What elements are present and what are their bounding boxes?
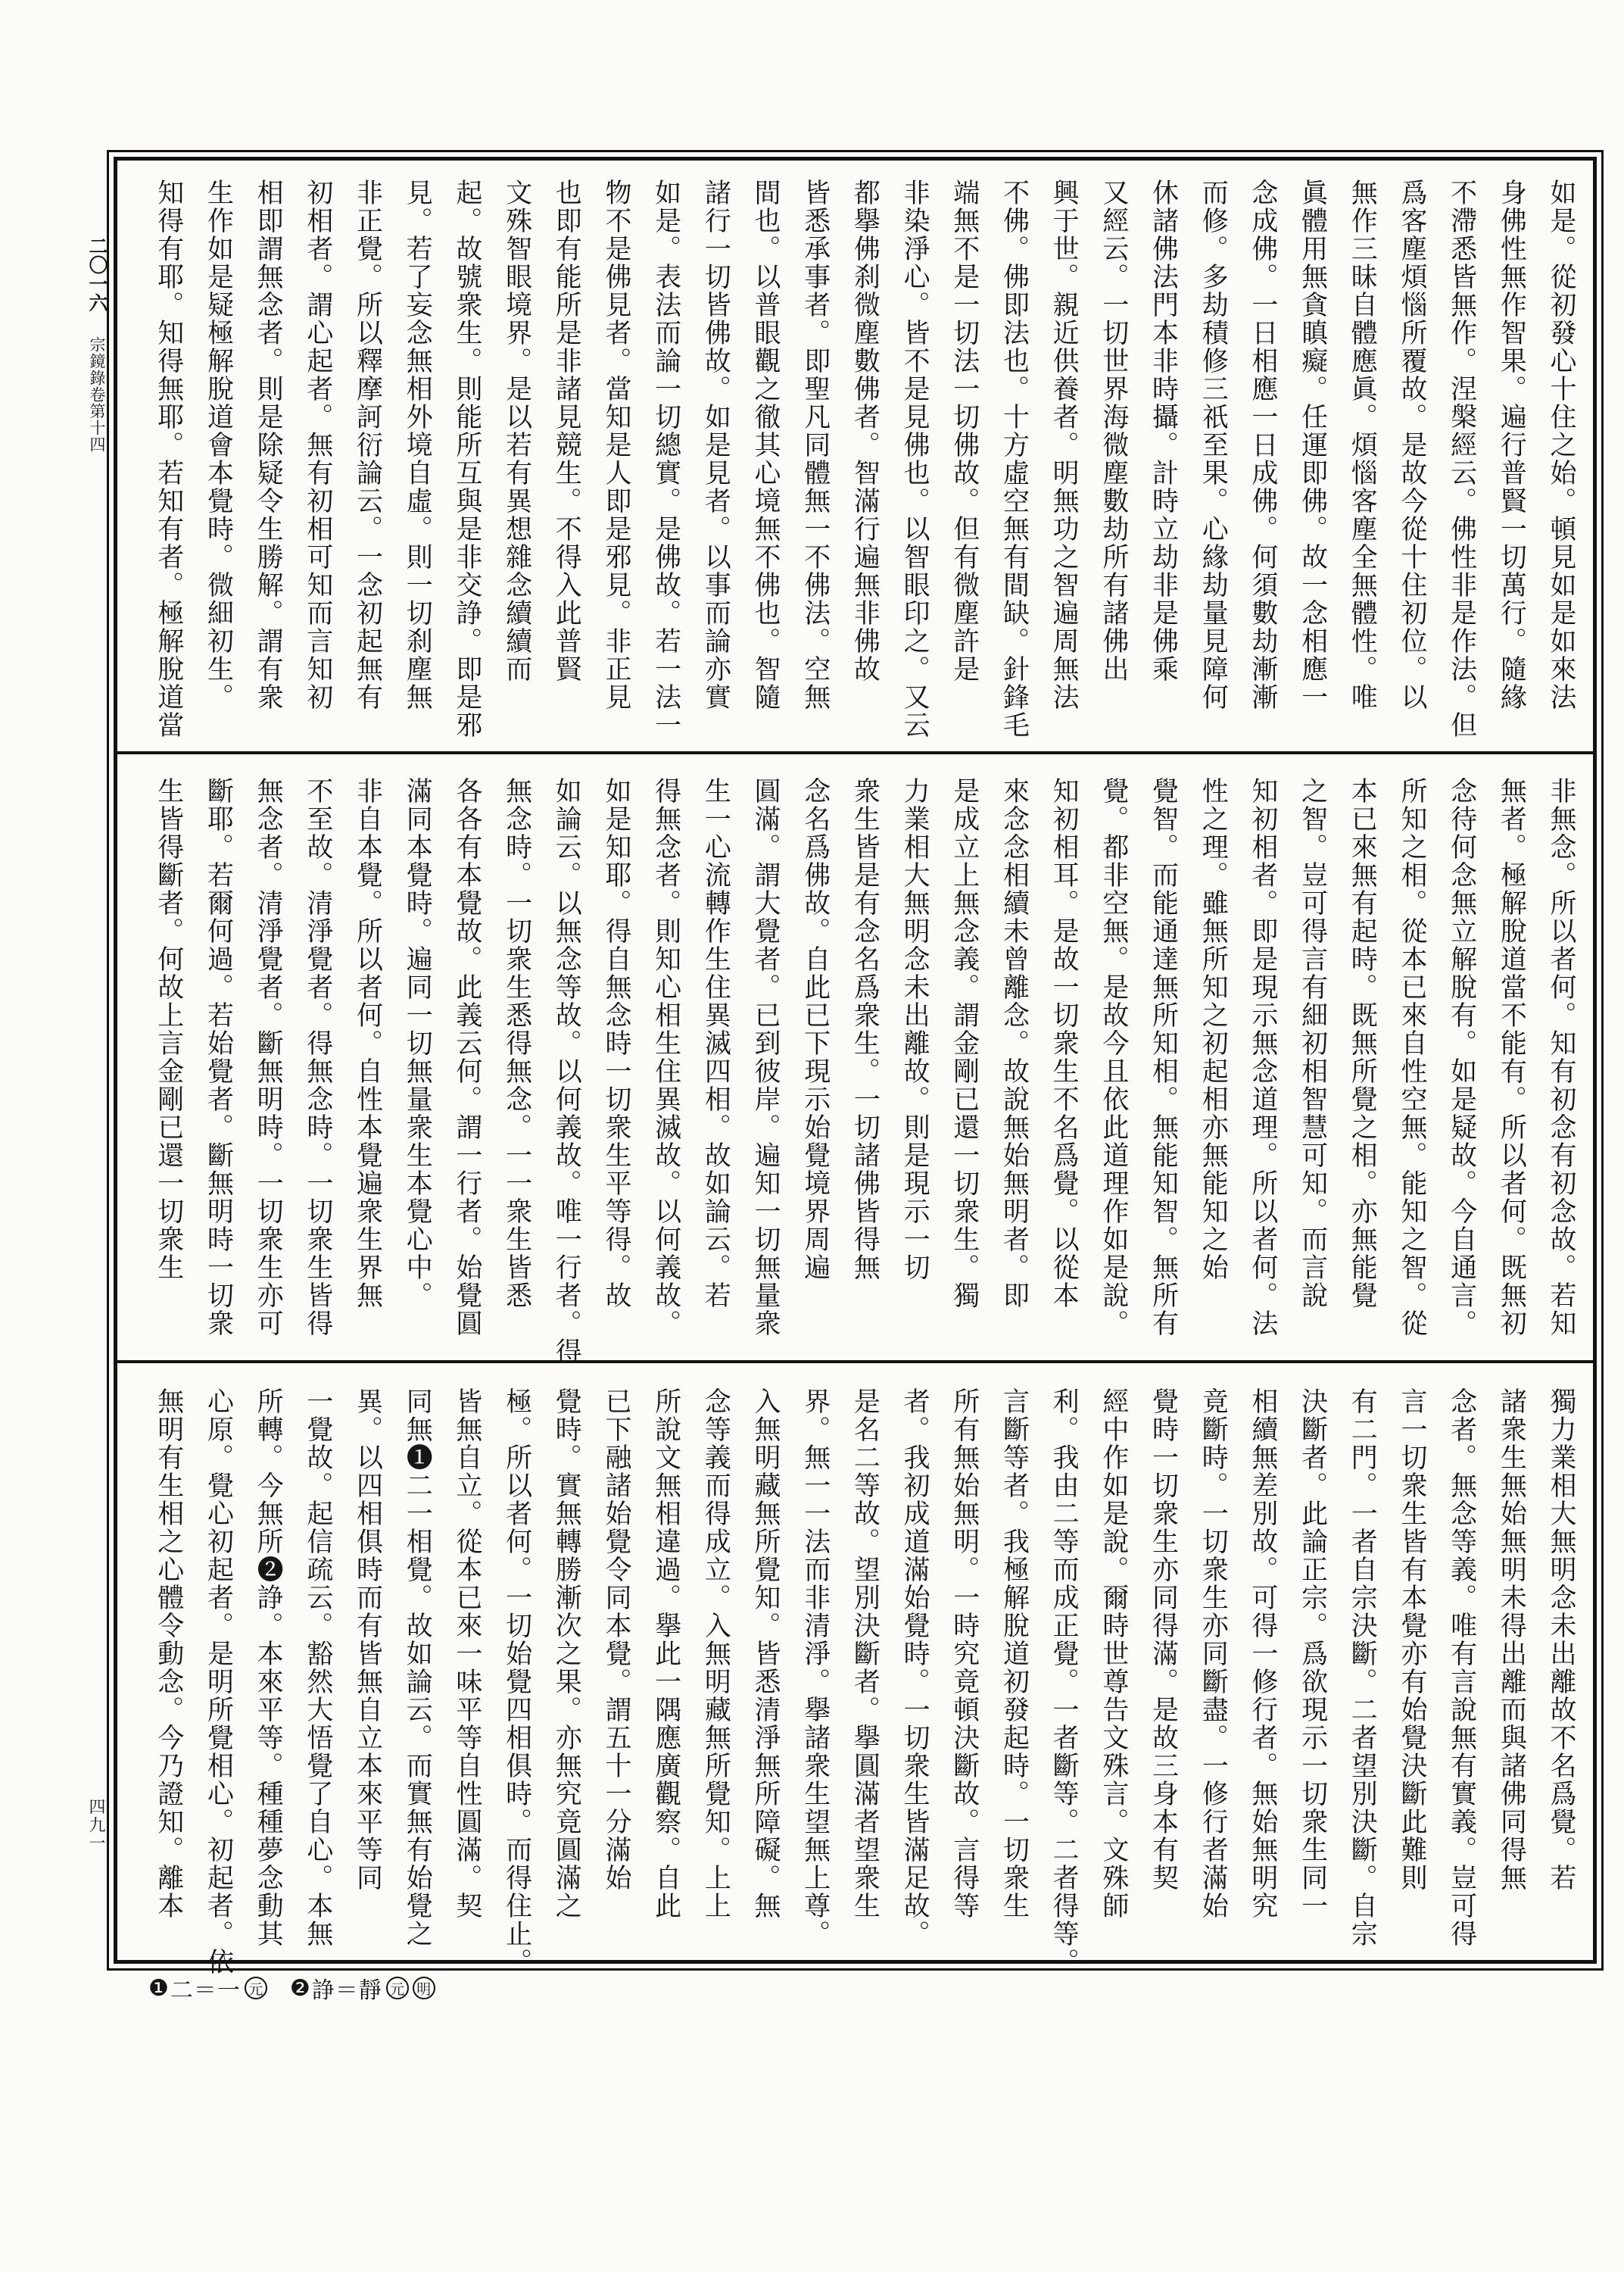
text-column: 都擧佛刹微塵數佛者。智滿行遍無非佛故 [840,179,890,742]
text-column: 非正覺。所以釋摩訶衍論云。一念初起無有 [343,179,393,742]
text-column: 諸衆生無始無明未得出離而與諸佛同得無 [1487,1387,1537,1937]
text-column: 念者。無念等義。唯有言說無有實義。豈可得 [1437,1387,1487,1937]
text-column: 界。無一一法而非清淨。擧諸衆生望無上尊。 [790,1387,840,1937]
text-column: 同無❶二一相覺。故如論云。而實無有始覺之 [393,1387,443,1937]
text-column: 入無明藏無所覺知。皆悉清淨無所障礙。無 [740,1387,790,1937]
register-divider-line [117,1360,1593,1363]
text-column: 非染淨心。皆不是見佛也。以智眼印之。又云 [890,179,940,742]
text-column: 諸行一切皆佛故。如是見者。以事而論亦實 [691,179,741,742]
text-column: 不佛。佛即法也。十方虛空無有間缺。針鋒毛 [990,179,1040,742]
text-column: 見。若了妄念無相外境自虛。則一切刹塵無 [393,179,443,742]
text-column: 獨力業相大無明念未出離故不名爲覺。若 [1536,1387,1586,1937]
text-column: 無作三昧自體應眞。煩惱客塵全無體性。唯 [1338,179,1388,742]
text-column: 不至故。清淨覺者。得無念時。一切衆生皆得 [293,777,343,1344]
text-column: 如是。從初發心十住之始。頓見如是如來法 [1536,179,1586,742]
text-column: 性之理。雖無所知之初起相亦無能知之始 [1189,777,1239,1344]
text-column: 圓滿。謂大覺者。已到彼岸。遍知一切無量衆 [740,777,790,1344]
text-column: 念成佛。一日相應一日成佛。何須數劫漸漸 [1238,179,1288,742]
text-column: 如是。表法而論一切總實。是佛故。若一法一 [641,179,691,742]
text-column: 所轉。今無所❷諍。本來平等。種種夢念動其 [243,1387,293,1937]
text-column: 利。我由二等而成正覺。一者斷等。二者得等。 [1039,1387,1089,1937]
text-column: 覺時。實無轉勝漸次之果。亦無究竟圓滿之 [542,1387,592,1937]
scanned-sutra-page: 二〇一六 宗鏡錄卷第十四 四九一 如是。從初發心十住之始。頓見如是如來法身佛性無… [0,0,1624,2272]
edition-badge: 元 [386,1977,409,1999]
text-column: 又經云。一切世界海微塵數劫所有諸佛出 [1089,179,1139,742]
text-column: 已下融諸始覺令同本覺。謂五十一分滿始 [591,1387,641,1937]
text-column: 覺。都非空無。是故今且依此道理作如是說。 [1089,777,1139,1344]
text-column: 滿同本覺時。遍同一切無量衆生本覺心中。 [393,777,443,1344]
text-column: 無念時。一切衆生悉得無念。一一衆生皆悉 [492,777,542,1344]
text-column: 無明有生相之心體令動念。今乃證知。離本 [144,1387,194,1937]
text-column: 無者。極解脫道當不能有。所以者何。既無初 [1487,777,1537,1344]
text-column: 斷耶。若爾何過。若始覺者。斷無明時一切衆 [194,777,244,1344]
text-column: 非無念。所以者何。知有初念有初念故。若知 [1536,777,1586,1344]
text-column: 知初相者。即是現示無念道理。所以者何。法 [1238,777,1288,1344]
text-column: 有二門。一者自宗決斷。二者望別決斷。自宗 [1338,1387,1388,1937]
text-column: 眞體用無貪瞋癡。任運即佛。故一念相應一 [1288,179,1338,742]
text-column: 言斷等者。我極解脫道初發起時。一切衆生 [990,1387,1040,1937]
text-column: 生作如是疑極解脫道會本覺時。微細初生。 [194,179,244,742]
text-column: 文殊智眼境界。是以若有異想雜念續續而 [492,179,542,742]
text-column: 是成立上無念義。謂金剛已還一切衆生。獨 [940,777,990,1344]
text-column: 之智。豈可得言有細初相智慧可知。而言說 [1288,777,1338,1344]
register-divider-line [117,751,1593,754]
text-column: 所有無始無明。一時究竟頓決斷故。言得等 [940,1387,990,1937]
text-column: 皆無自立。從本已來一味平等自性圓滿。契 [442,1387,492,1937]
edition-badge: 明 [413,1977,435,1999]
edition-variant-footnotes: ❶二＝一元❷諍＝靜元明 [148,1972,435,2004]
footnote-item: ❶二＝一元 [148,1971,267,2005]
text-column: 相即謂無念者。則是除疑令生勝解。謂有衆 [243,179,293,742]
text-register-middle: 非無念。所以者何。知有初念有初念故。若知無者。極解脫道當不能有。所以者何。既無初… [143,777,1586,1344]
text-column: 生皆得斷者。何故上言金剛已還一切衆生 [144,777,194,1344]
text-column: 所說文無相違過。擧此一隅應廣觀察。自此 [641,1387,691,1937]
text-register-bottom: 獨力業相大無明念未出離故不名爲覺。若諸衆生無始無明未得出離而與諸佛同得無念者。無… [143,1387,1586,1937]
text-column: 覺智。而能通達無所知相。無能知智。無所有 [1139,777,1189,1344]
text-column: 端無不是一切法一切佛故。但有微塵許是 [940,179,990,742]
edition-badge: 元 [245,1977,267,1999]
text-column: 皆悉承事者。即聖凡同體無一不佛法。空無 [790,179,840,742]
text-column: 念待何念無立解脫有。如是疑故。今自通言。 [1437,777,1487,1344]
text-register-top: 如是。從初發心十住之始。頓見如是如來法身佛性無作智果。遍行普賢一切萬行。隨緣不滯… [143,179,1586,742]
footnote-text: 二＝一 [170,1971,241,2005]
text-column: 物不是佛見者。當知是人即是邪見。非正見 [591,179,641,742]
text-column: 一覺故。起信疏云。豁然大悟覺了自心。本無 [293,1387,343,1937]
text-column: 非自本覺。所以者何。自性本覺遍衆生界無 [343,777,393,1344]
text-column: 來念念相續未曾離念。故說無始無明者。即 [990,777,1040,1344]
text-column: 決斷者。此論正宗。爲欲現示一切衆生同一 [1288,1387,1338,1937]
text-column: 無念者。清淨覺者。斷無明時。一切衆生亦可 [243,777,293,1344]
text-column: 所知之相。從本已來自性空無。能知之智。從 [1387,777,1437,1344]
text-column: 經中作如是說。爾時世尊告文殊言。文殊師 [1089,1387,1139,1937]
footnote-marker: ❷ [290,1975,310,2002]
text-column: 極。所以者何。一切始覺四相俱時。而得住止。 [492,1387,542,1937]
text-column: 得無念者。則知心相生住異滅故。以何義故。 [641,777,691,1344]
text-column: 而修。多劫積修三祇至果。心緣劫量見障何 [1189,179,1239,742]
text-column: 竟斷時。一切衆生亦同斷盡。一修行者滿始 [1189,1387,1239,1937]
text-column: 是名二等故。望別決斷者。擧圓滿者望衆生 [840,1387,890,1937]
text-column: 爲客塵煩惱所覆故。是故今從十住初位。以 [1387,179,1437,742]
text-column: 也即有能所是非諸見競生。不得入此普賢 [542,179,592,742]
footnote-marker: ❶ [148,1975,169,2002]
text-column: 各各有本覺故。此義云何。謂一行者。始覺圓 [442,777,492,1344]
text-column: 者。我初成道滿始覺時。一切衆生皆滿足故。 [890,1387,940,1937]
text-column: 興于世。親近供養者。明無功之智遍周無法 [1039,179,1089,742]
text-column: 衆生皆是有念名爲衆生。一切諸佛皆得無 [840,777,890,1344]
text-column: 起。故號衆生。則能所互與是非交諍。即是邪 [442,179,492,742]
text-column: 身佛性無作智果。遍行普賢一切萬行。隨緣 [1487,179,1537,742]
text-column: 不滯悉皆無作。涅槃經云。佛性非是作法。但 [1437,179,1487,742]
text-frame-inner-border: 如是。從初發心十住之始。頓見如是如來法身佛性無作智果。遍行普賢一切萬行。隨緣不滯… [114,157,1597,1964]
text-column: 本已來無有起時。既無所覺之相。亦無能覺 [1338,777,1388,1344]
text-column: 間也。以普眼觀之徹其心境無不佛也。智隨 [740,179,790,742]
text-column: 言一切衆生皆有本覺亦有始覺決斷此難則 [1387,1387,1437,1937]
text-column: 力業相大無明念未出離故。則是現示一切 [890,777,940,1344]
text-column: 相續無差別故。可得一修行者。無始無明究 [1238,1387,1288,1937]
text-column: 如論云。以無念等故。以何義故。唯一行者。得 [542,777,592,1344]
text-column: 覺時一切衆生亦同得滿。是故三身本有契 [1139,1387,1189,1937]
footnote-text: 諍＝靜 [312,1971,382,2005]
text-column: 知得有耶。知得無耶。若知有者。極解脫道當 [144,179,194,742]
footnote-item: ❷諍＝靜元明 [290,1971,435,2005]
text-column: 心原。覺心初起者。是明所覺相心。初起者。依 [194,1387,244,1937]
text-column: 知初相耳。是故一切衆生不名爲覺。以從本 [1039,777,1089,1344]
text-frame-outer-border: 如是。從初發心十住之始。頓見如是如來法身佛性無作智果。遍行普賢一切萬行。隨緣不滯… [107,150,1604,1971]
text-column: 休諸佛法門本非時攝。計時立劫非是佛乘 [1139,179,1189,742]
text-column: 如是知耶。得自無念時一切衆生平等得。故 [591,777,641,1344]
text-column: 初相者。謂心起者。無有初相可知而言知初 [293,179,343,742]
text-column: 念名爲佛故。自此已下現示始覺境界周遍 [790,777,840,1344]
text-column: 念等義而得成立。入無明藏無所覺知。上上 [691,1387,741,1937]
text-column: 生一心流轉作生住異滅四相。故如論云。若 [691,777,741,1344]
text-column: 異。以四相俱時而有皆無自立本來平等同 [343,1387,393,1937]
